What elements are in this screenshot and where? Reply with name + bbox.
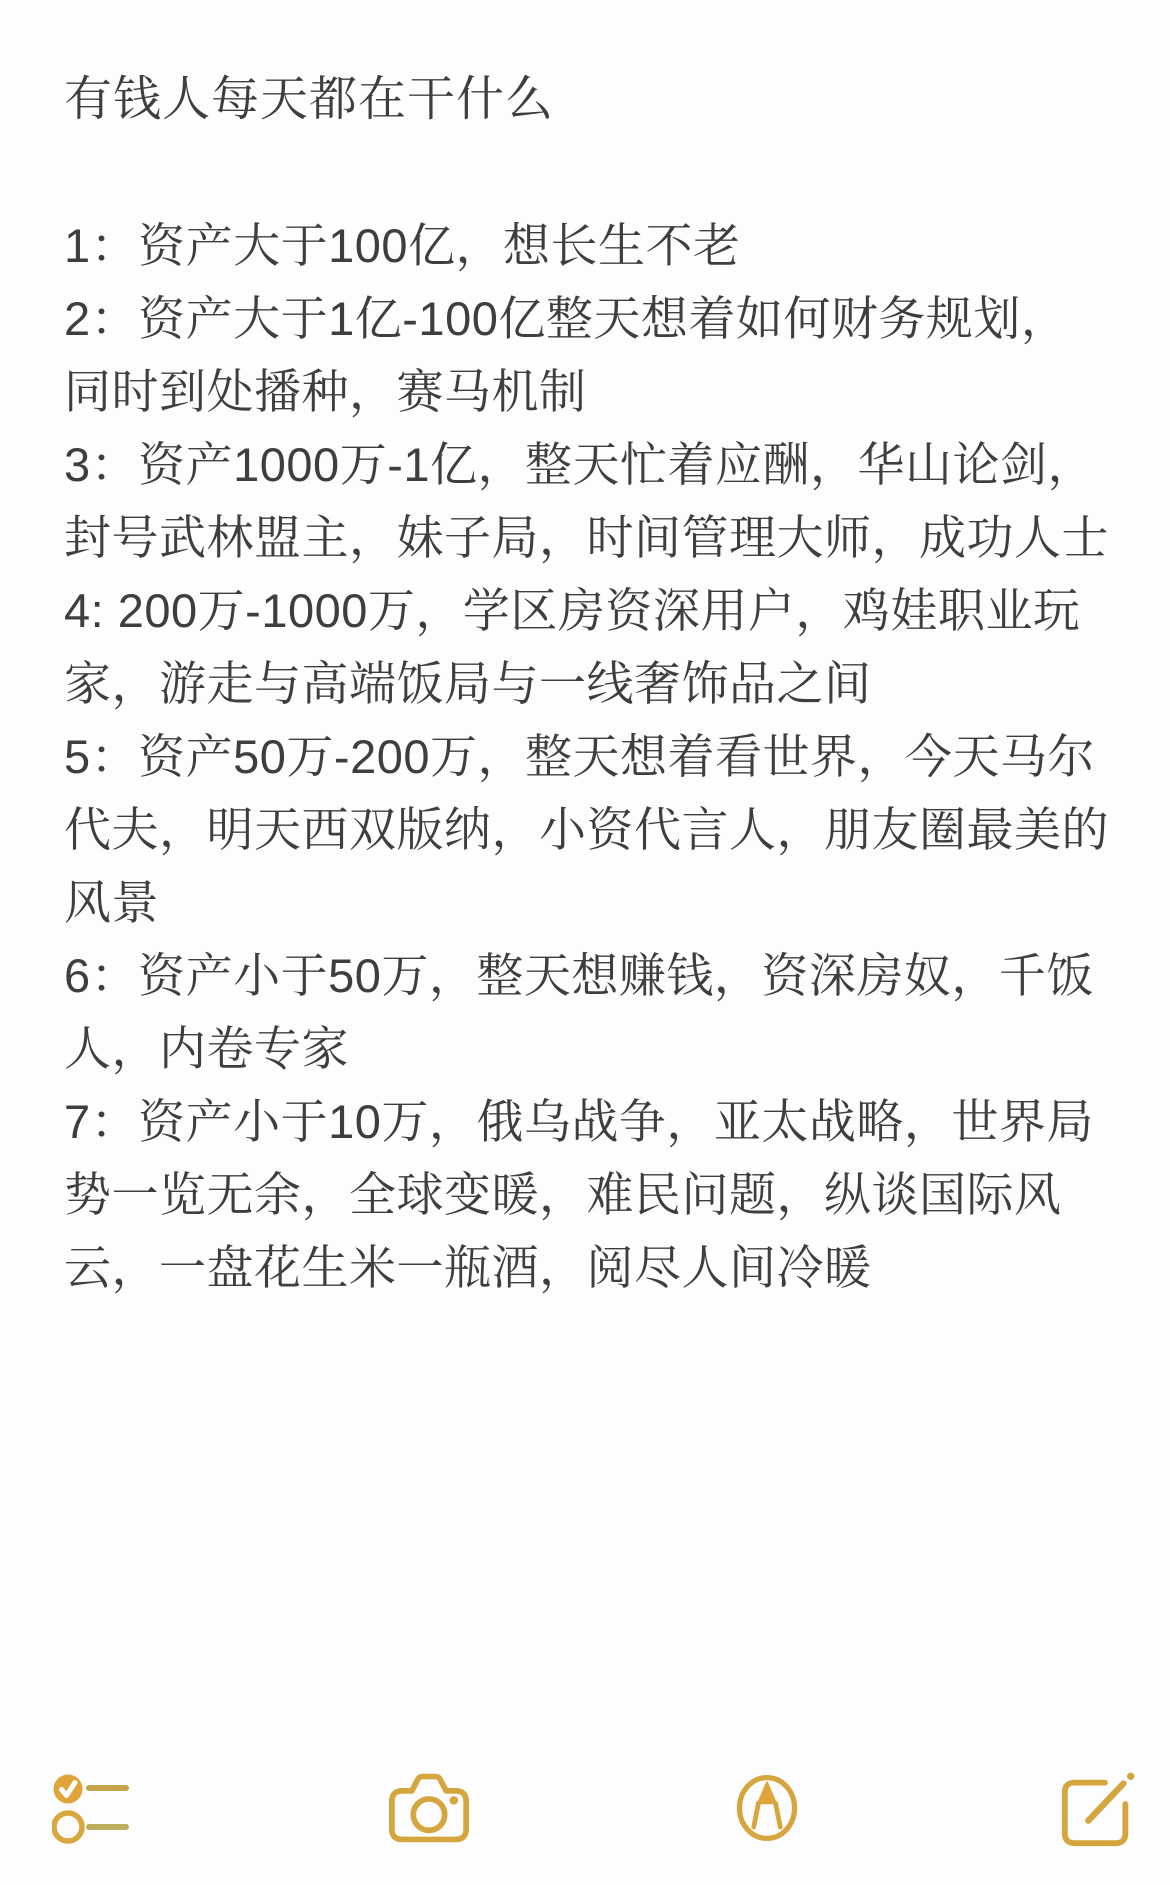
- camera-icon: [383, 1768, 475, 1848]
- note-item-1: 1：资产大于100亿，想长生不老: [64, 209, 1110, 282]
- note-item-3: 3：资产1000万-1亿，整天忙着应酬，华山论剑，封号武林盟主，妹子局，时间管理…: [64, 428, 1110, 574]
- note-item-2: 2：资产大于1亿-100亿整天想着如何财务规划，同时到处播种，赛马机制: [64, 282, 1110, 428]
- compose-icon: [1058, 1767, 1140, 1849]
- note-item-4: 4: 200万-1000万，学区房资深用户，鸡娃职业玩家，游走与高端饭局与一线奢…: [64, 574, 1110, 720]
- blank-line: [64, 136, 1110, 209]
- note-item-7: 7：资产小于10万，俄乌战争，亚太战略，世界局势一览无余，全球变暖，难民问题，纵…: [64, 1085, 1110, 1304]
- bottom-toolbar: [0, 1740, 1170, 1885]
- checklist-icon: [52, 1768, 130, 1848]
- note-title: 有钱人每天都在干什么: [64, 63, 1110, 136]
- markup-icon: [729, 1767, 805, 1849]
- markup-button[interactable]: [729, 1767, 805, 1849]
- checklist-button[interactable]: [52, 1768, 130, 1848]
- note-item-5: 5：资产50万-200万，整天想着看世界，今天马尔代夫，明天西双版纳，小资代言人…: [64, 720, 1110, 939]
- compose-button[interactable]: [1058, 1767, 1140, 1849]
- note-content-area[interactable]: 有钱人每天都在干什么 1：资产大于100亿，想长生不老 2：资产大于1亿-100…: [0, 0, 1170, 1304]
- note-item-6: 6：资产小于50万，整天想赚钱，资深房奴，千饭人，内卷专家: [64, 939, 1110, 1085]
- camera-button[interactable]: [383, 1768, 475, 1848]
